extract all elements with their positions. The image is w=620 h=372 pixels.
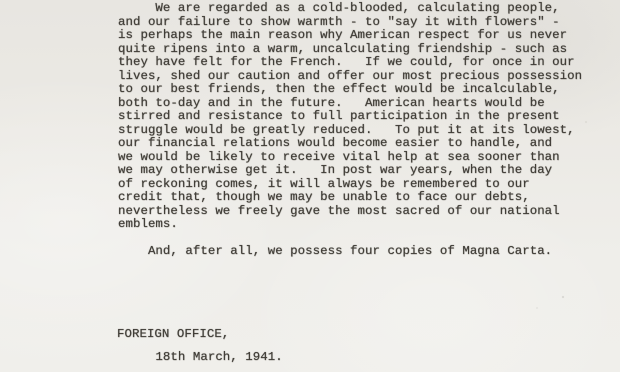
memo-date-line: 18th March, 1941. bbox=[118, 351, 283, 365]
typed-line: We are regarded as a cold-blooded, calcu… bbox=[118, 2, 582, 16]
typed-line: nevertheless we freely gave the most sac… bbox=[118, 205, 582, 219]
typed-line: and our failure to show warmth - to "say… bbox=[118, 16, 582, 30]
typed-line: struggle would be greatly reduced. To pu… bbox=[118, 124, 582, 138]
typed-line: emblems. bbox=[118, 218, 582, 232]
typed-line: is perhaps the main reason why American … bbox=[118, 29, 582, 43]
memo-office-line: FOREIGN OFFICE, bbox=[117, 328, 229, 342]
typed-line: stirred and resistance to full participa… bbox=[118, 110, 582, 124]
typed-line: they have felt for the French. If we cou… bbox=[118, 56, 582, 70]
typed-line: lives, shed our caution and offer our mo… bbox=[118, 70, 582, 84]
typed-line: our financial relations would become eas… bbox=[118, 137, 582, 151]
typed-line: quite ripens into a warm, uncalculating … bbox=[118, 43, 582, 57]
typed-line: to our best friends, then the effect wou… bbox=[118, 83, 582, 97]
memo-closing-line: And, after all, we possess four copies o… bbox=[118, 245, 552, 259]
typed-line: of reckoning comes, it will always be re… bbox=[118, 178, 582, 192]
typed-line: we would be likely to receive vital help… bbox=[118, 151, 582, 165]
memo-body-paragraph: We are regarded as a cold-blooded, calcu… bbox=[118, 2, 582, 232]
typed-line: both to-day and in the future. American … bbox=[118, 97, 582, 111]
typed-line: credit that, though we may be unable to … bbox=[118, 191, 582, 205]
typed-line: we may otherwise get it. In post war yea… bbox=[118, 164, 582, 178]
memo-page: We are regarded as a cold-blooded, calcu… bbox=[0, 0, 620, 372]
